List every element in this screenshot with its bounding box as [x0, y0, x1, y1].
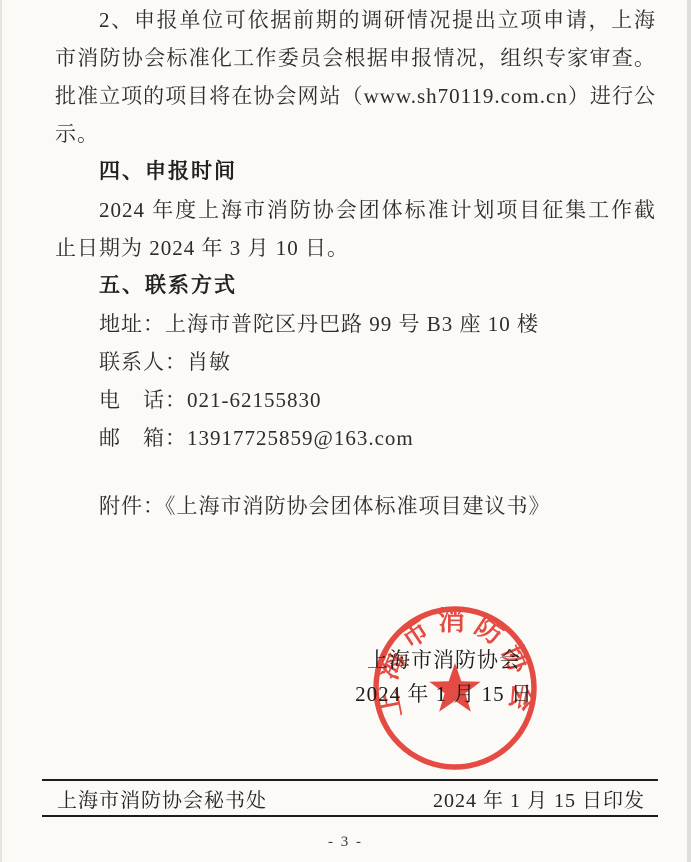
page-number: - 3 - — [0, 834, 691, 851]
paragraph-approval: 2、申报单位可依据前期的调研情况提出立项申请，上海市消防协会标准化工作委员会根据… — [55, 1, 656, 153]
section-heading-application-time: 四、申报时间 — [55, 153, 656, 191]
contact-person: 联系人：肖敏 — [55, 343, 656, 381]
document-body: 2、申报单位可依据前期的调研情况提出立项申请，上海市消防协会标准化工作委员会根据… — [55, 1, 656, 525]
signature-block: 上海市消防协会 2024 年 1 月 15 日 — [344, 643, 544, 711]
section-heading-contact: 五、联系方式 — [55, 267, 656, 305]
footer-issuer: 上海市消防协会秘书处 — [57, 784, 267, 813]
scan-edge-left — [0, 0, 2, 862]
contact-address: 地址：上海市普陀区丹巴路 99 号 B3 座 10 楼 — [55, 305, 656, 343]
paragraph-deadline: 2024 年度上海市消防协会团体标准计划项目征集工作截止日期为 2024 年 3… — [55, 191, 656, 267]
contact-phone: 电 话：021-62155830 — [55, 381, 656, 419]
footer-bar: 上海市消防协会秘书处 2024 年 1 月 15 日印发 — [42, 779, 658, 817]
attachment-line: 附件：《上海市消防协会团体标准项目建议书》 — [55, 487, 656, 525]
scan-edge-right — [687, 0, 691, 862]
contact-email: 邮 箱：13917725859@163.com — [55, 419, 656, 457]
signature-date: 2024 年 1 月 15 日 — [344, 677, 544, 711]
footer-issue-date: 2024 年 1 月 15 日印发 — [433, 784, 645, 813]
signature-org: 上海市消防协会 — [344, 643, 544, 677]
document-page: 2、申报单位可依据前期的调研情况提出立项申请，上海市消防协会标准化工作委员会根据… — [0, 0, 691, 862]
